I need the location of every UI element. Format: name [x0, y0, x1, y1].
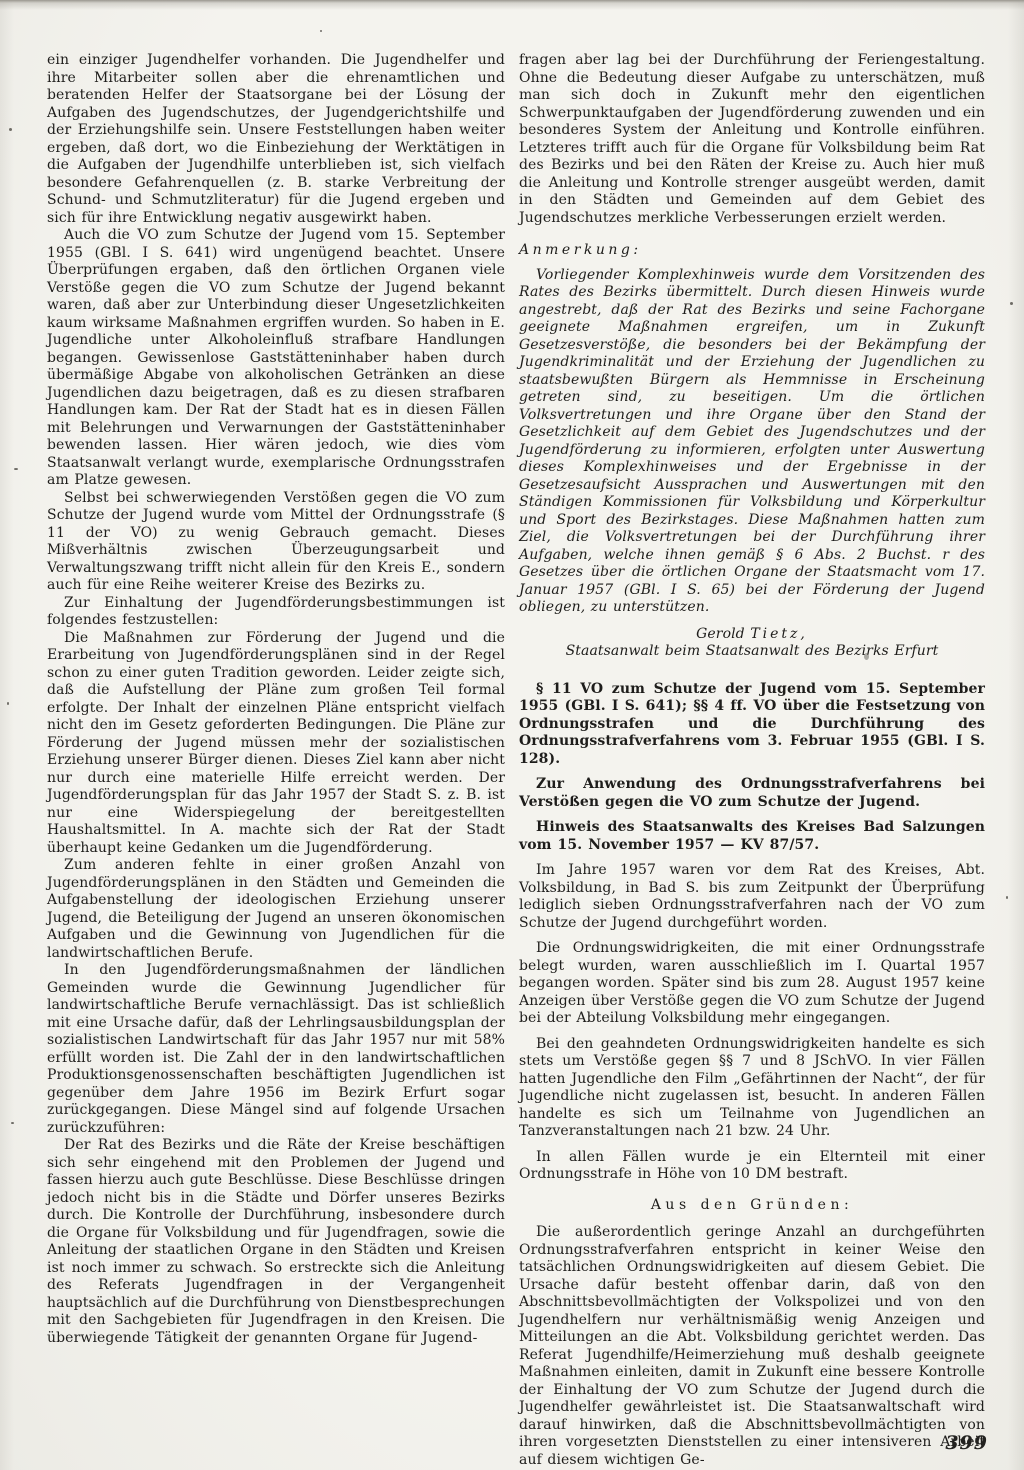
- body-paragraph: In den Jugendförderungsmaßnahmen der län…: [47, 962, 505, 1137]
- signature-name: Gerold Tietz,: [519, 626, 985, 644]
- body-paragraph: ein einziger Jugendhelfer vorhanden. Die…: [47, 52, 505, 227]
- body-paragraph: Der Rat des Bezirks und die Räte der Kre…: [47, 1137, 505, 1347]
- body-paragraph: In allen Fällen wurde je ein Elternteil …: [519, 1149, 985, 1184]
- body-paragraph: fragen aber lag bei der Durchführung der…: [519, 52, 985, 227]
- page-number: 399: [945, 1432, 988, 1454]
- scan-speck: [11, 1122, 14, 1124]
- body-paragraph: Selbst bei schwerwiegenden Verstößen geg…: [47, 490, 505, 595]
- scan-speck: [1010, 302, 1013, 305]
- ink-smudge: [864, 653, 869, 660]
- signature-last-name: Tietz,: [750, 626, 808, 642]
- annotation-heading: Anmerkung:: [519, 242, 985, 260]
- scan-speck: [7, 702, 9, 705]
- left-column: ein einziger Jugendhelfer vorhanden. Die…: [47, 52, 505, 1347]
- signature-first-name: Gerold: [696, 626, 745, 642]
- body-paragraph: Auch die VO zum Schutze der Jugend vom 1…: [47, 227, 505, 490]
- signature-role: Staatsanwalt beim Staatsanwalt des Bezir…: [519, 643, 985, 661]
- right-column: fragen aber lag bei der Durchführung der…: [519, 52, 985, 1469]
- scan-speck: [1006, 896, 1008, 899]
- reference-paragraph: Hinweis des Staatsanwalts des Kreises Ba…: [519, 819, 985, 854]
- body-paragraph: Zur Einhaltung der Jugendförderungsbesti…: [47, 595, 505, 630]
- scan-speck: [320, 30, 322, 32]
- body-paragraph: Zum anderen fehlte in einer großen Anzah…: [47, 857, 505, 962]
- annotation-paragraph: Vorliegender Komplexhinweis wurde dem Vo…: [519, 267, 985, 617]
- body-paragraph: Bei den geahndeten Ordnungswidrigkeiten …: [519, 1036, 985, 1141]
- grounds-heading: Aus den Gründen:: [519, 1197, 985, 1215]
- scan-speck: [14, 468, 18, 470]
- scan-speck: [9, 128, 12, 131]
- body-paragraph: Die außerordentlich geringe Anzahl an du…: [519, 1224, 985, 1469]
- scan-speck: [484, 438, 486, 440]
- scan-speck: [742, 1410, 745, 1412]
- body-paragraph: Die Ordnungswidrigkeiten, die mit einer …: [519, 940, 985, 1028]
- reference-paragraph: Zur Anwendung des Ordnungsstrafverfahren…: [519, 776, 985, 811]
- reference-paragraph: § 11 VO zum Schutze der Jugend vom 15. S…: [519, 681, 985, 769]
- body-paragraph: Im Jahre 1957 waren vor dem Rat des Krei…: [519, 862, 985, 932]
- scanned-journal-page: ein einziger Jugendhelfer vorhanden. Die…: [0, 0, 1024, 1470]
- body-paragraph: Die Maßnahmen zur Förderung der Jugend u…: [47, 630, 505, 858]
